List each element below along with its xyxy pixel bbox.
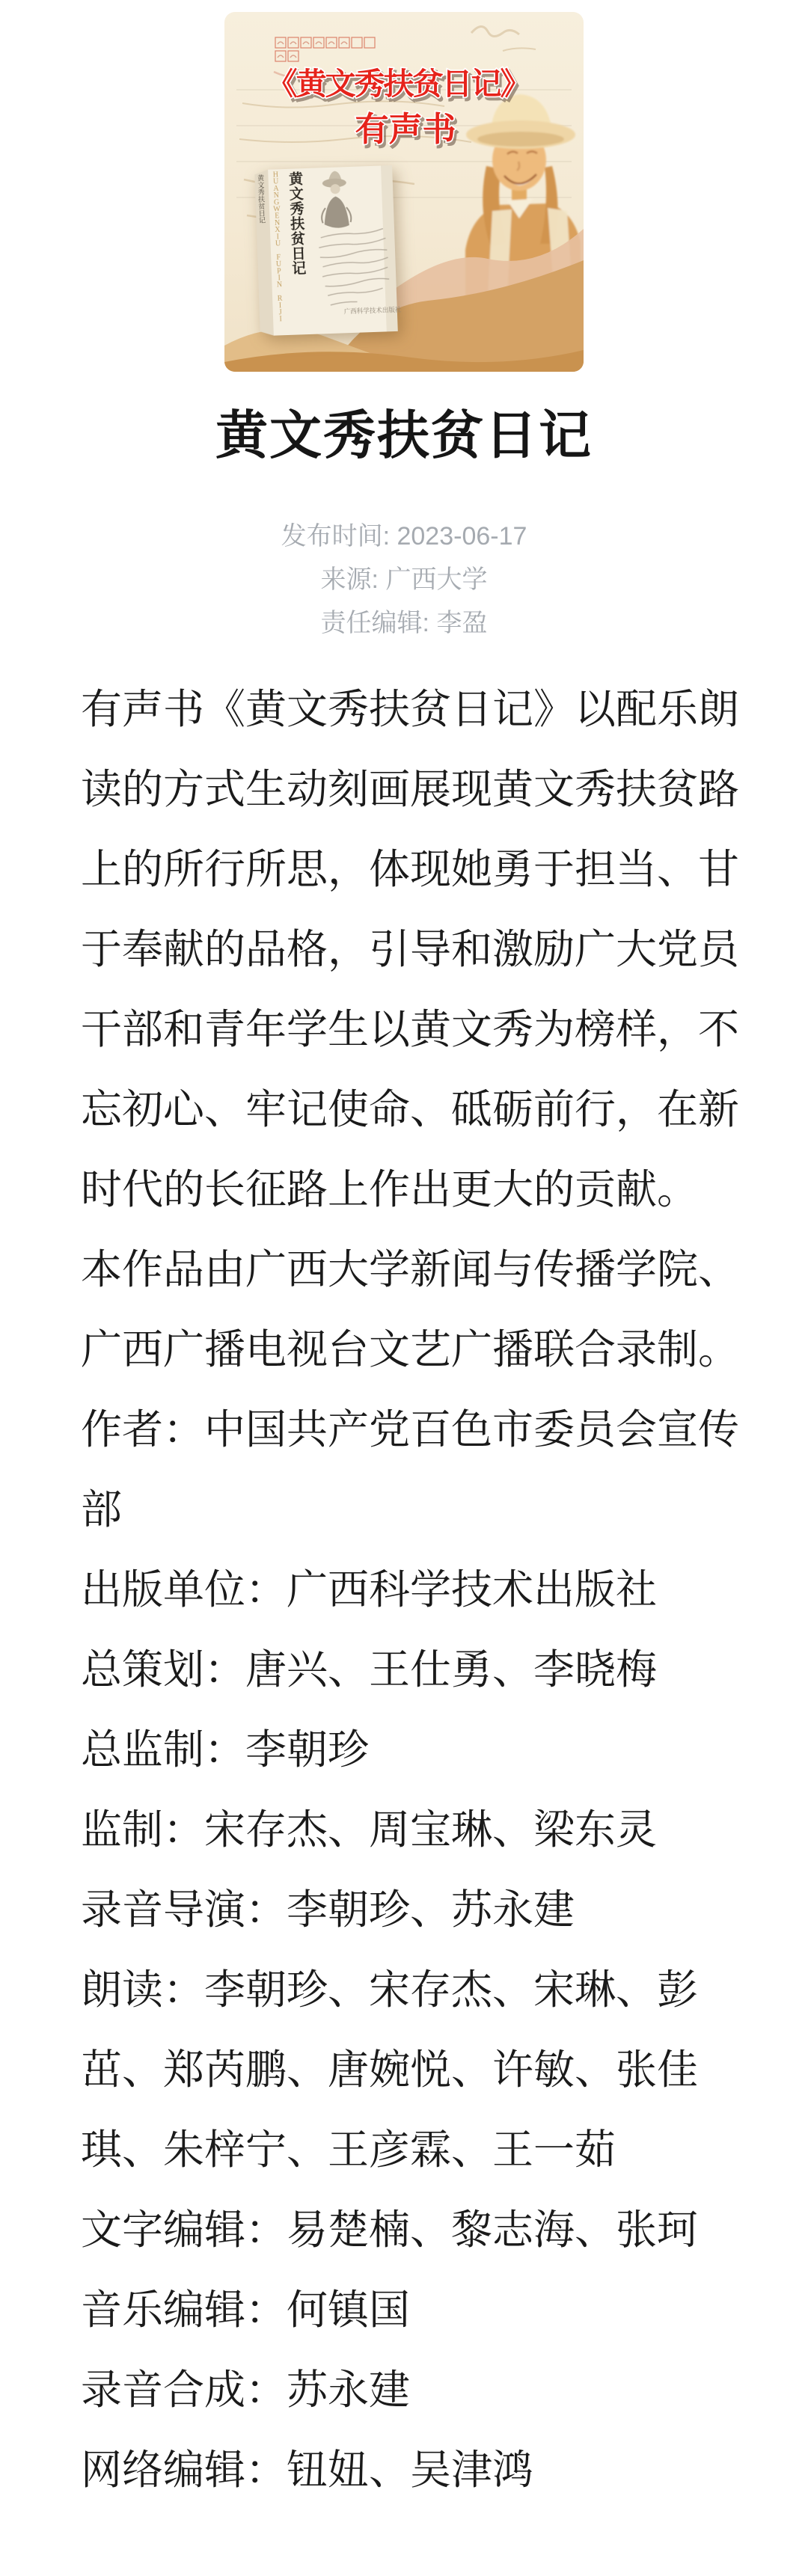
body-line: 出版单位：广西科学技术出版社 xyxy=(81,1550,752,1630)
body-line: 总策划：唐兴、王仕勇、李晓梅 xyxy=(81,1630,752,1710)
body-line: 网络编辑：钮妞、吴津鸿 xyxy=(81,2430,752,2510)
body-line: 读的方式生动刻画展现黄文秀扶贫路 xyxy=(81,749,752,829)
body-line: 作者：中国共产党百色市委员会宣传 xyxy=(81,1390,752,1470)
article-page: 黄文秀扶贫日记 HUANGWENXIU FUPIN RIJI 黄文秀扶贫日记 xyxy=(0,0,808,2576)
page-title: 黄文秀扶贫日记 xyxy=(0,410,808,464)
body-line: 茁、郑芮鹏、唐婉悦、许敏、张佳 xyxy=(81,2030,752,2110)
article-body: 有声书《黄文秀扶贫日记》以配乐朗读的方式生动刻画展现黄文秀扶贫路上的所行所思，体… xyxy=(81,669,752,2510)
body-line: 忘初心、牢记使命、砥砺前行，在新 xyxy=(81,1070,752,1150)
body-line: 录音合成：苏永建 xyxy=(81,2350,752,2430)
body-line: 广西广播电视台文艺广播联合录制。 xyxy=(81,1310,752,1390)
body-line: 音乐编辑：何镇国 xyxy=(81,2270,752,2350)
banner-image: 黄文秀扶贫日记 HUANGWENXIU FUPIN RIJI 黄文秀扶贫日记 xyxy=(224,12,584,372)
body-line: 监制：宋存杰、周宝琳、梁东灵 xyxy=(81,1790,752,1870)
meta-line: 责任编辑: 李盈 xyxy=(0,601,808,645)
meta-line: 来源: 广西大学 xyxy=(0,558,808,601)
banner-subtitle: 有声书 xyxy=(355,111,456,148)
body-line: 琪、朱梓宁、王彦霖、王一茹 xyxy=(81,2110,752,2190)
meta-line: 发布时间: 2023-06-17 xyxy=(0,515,808,558)
body-line: 朗读：李朝珍、宋存杰、宋琳、彭 xyxy=(81,1950,752,2030)
article-meta: 发布时间: 2023-06-17来源: 广西大学责任编辑: 李盈 xyxy=(0,515,808,645)
body-line: 有声书《黄文秀扶贫日记》以配乐朗 xyxy=(81,669,752,749)
body-line: 上的所行所思，体现她勇于担当、甘 xyxy=(81,829,752,910)
body-line: 本作品由广西大学新闻与传播学院、 xyxy=(81,1230,752,1310)
banner-title: 《黄文秀扶贫日记》 xyxy=(267,67,530,101)
body-line: 录音导演：李朝珍、苏永建 xyxy=(81,1870,752,1950)
body-line: 干部和青年学生以黄文秀为榜样，不 xyxy=(81,990,752,1070)
body-line: 部 xyxy=(81,1470,752,1550)
body-line: 总监制：李朝珍 xyxy=(81,1710,752,1790)
banner: 黄文秀扶贫日记 HUANGWENXIU FUPIN RIJI 黄文秀扶贫日记 xyxy=(0,0,808,372)
book-cover-illustration: 黄文秀扶贫日记 HUANGWENXIU FUPIN RIJI 黄文秀扶贫日记 xyxy=(254,165,403,336)
body-line: 文字编辑：易楚楠、黎志海、张珂 xyxy=(81,2190,752,2270)
body-line: 时代的长征路上作出更大的贡献。 xyxy=(81,1150,752,1230)
body-line: 于奉献的品格，引导和激励广大党员 xyxy=(81,910,752,990)
